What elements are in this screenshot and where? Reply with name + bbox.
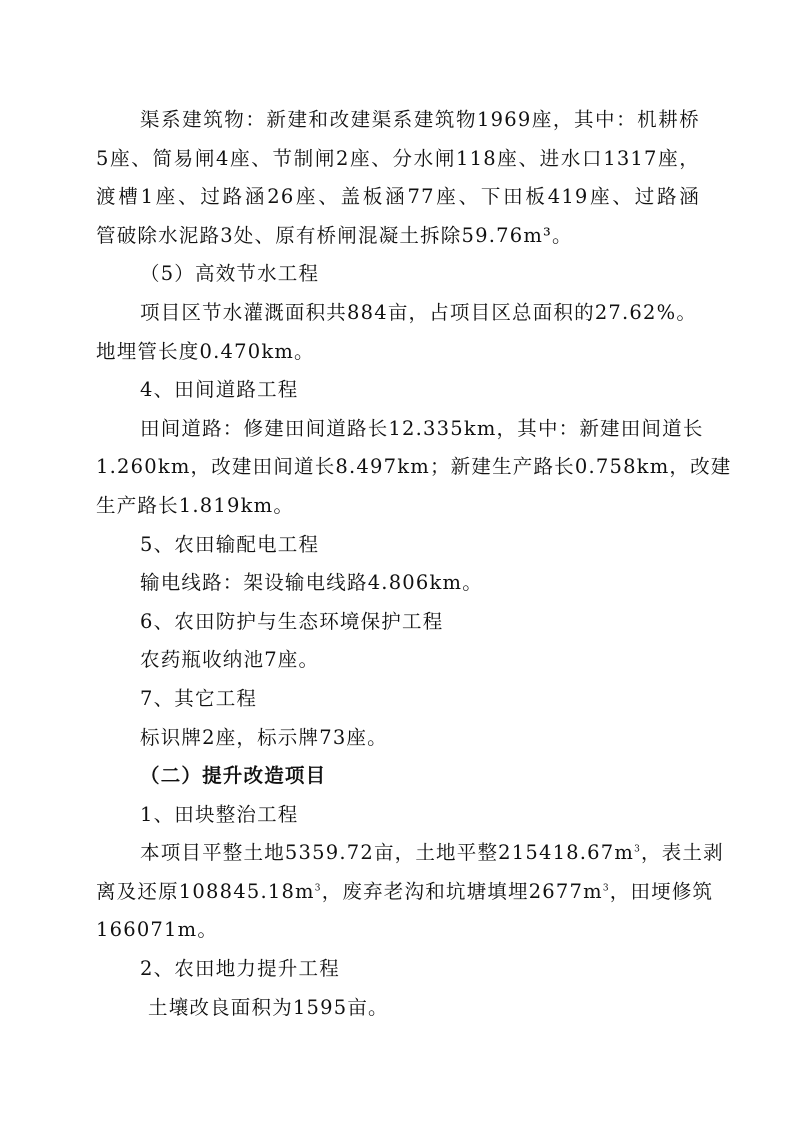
paragraph-roads-line-3: 生产路长1.819km。 <box>96 487 700 526</box>
paragraph-land-leveling-line-2: 离及还原108845.18m3，废弃老沟和坑塘填埋2677m3，田埂修筑 <box>96 873 700 912</box>
paragraph-land-leveling-line-1: 本项目平整土地5359.72亩，土地平整215418.67m3，表土剥 <box>96 834 700 873</box>
heading-soil-fertility: 2、农田地力提升工程 <box>96 950 700 989</box>
paragraph-soil-improvement: 土壤改良面积为1595亩。 <box>96 989 700 1028</box>
paragraph-canal-structures-line-4: 管破除水泥路3处、原有桥闸混凝土拆除59.76m³。 <box>96 217 700 256</box>
paragraph-power-lines: 输电线路：架设输电线路4.806km。 <box>96 564 700 603</box>
heading-other-works: 7、其它工程 <box>96 680 700 719</box>
heading-water-saving: （5）高效节水工程 <box>96 255 700 294</box>
paragraph-roads-line-1: 田间道路：修建田间道路长12.335km，其中：新建田间道长 <box>96 410 700 449</box>
heading-protection-ecology: 6、农田防护与生态环境保护工程 <box>96 603 700 642</box>
heading-field-roads: 4、田间道路工程 <box>96 371 700 410</box>
paragraph-irrigation-line-1: 项目区节水灌溉面积共884亩，占项目区总面积的27.62%。 <box>96 294 700 333</box>
paragraph-pesticide-bins: 农药瓶收纳池7座。 <box>96 641 700 680</box>
paragraph-land-leveling-line-3: 166071m。 <box>96 911 700 950</box>
paragraph-canal-structures-line-2: 5座、简易闸4座、节制闸2座、分水闸118座、进水口1317座， <box>96 140 700 179</box>
heading-field-consolidation: 1、田块整治工程 <box>96 796 700 835</box>
paragraph-canal-structures-line-1: 渠系建筑物：新建和改建渠系建筑物1969座，其中：机耕桥 <box>96 101 700 140</box>
paragraph-canal-structures-line-3: 渡槽1座、过路涵26座、盖板涵77座、下田板419座、过路涵 <box>96 178 700 217</box>
section-heading-upgrade-project: （二）提升改造项目 <box>96 757 700 796</box>
paragraph-irrigation-line-2: 地埋管长度0.470km。 <box>96 333 700 372</box>
document-page: 渠系建筑物：新建和改建渠系建筑物1969座，其中：机耕桥 5座、简易闸4座、节制… <box>96 101 700 1027</box>
paragraph-roads-line-2: 1.260km，改建田间道长8.497km；新建生产路长0.758km，改建 <box>96 448 700 487</box>
paragraph-signs: 标识牌2座，标示牌73座。 <box>96 719 700 758</box>
heading-power-distribution: 5、农田输配电工程 <box>96 526 700 565</box>
